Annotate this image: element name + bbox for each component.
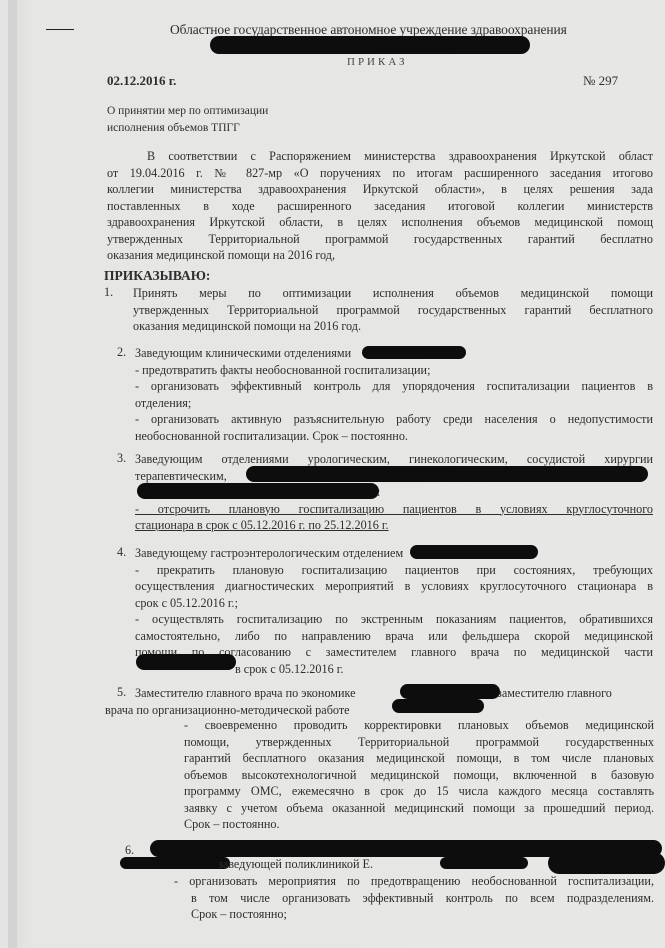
- item-line: - своевременно проводить корректировки п…: [184, 717, 654, 734]
- item-number: 5.: [117, 685, 126, 700]
- redaction: [400, 684, 500, 699]
- item-line: программу ОМС, ежемесячно в срок до 15 ч…: [184, 783, 654, 800]
- document-type: ПРИКАЗ: [347, 56, 408, 68]
- item-5-body: - своевременно проводить корректировки п…: [184, 717, 654, 833]
- redaction: [136, 654, 236, 670]
- item-line: объемов высокотехнологичной медицинской …: [184, 767, 654, 784]
- item-line: - осуществлять госпитализацию по экстрен…: [135, 611, 653, 628]
- item-line: стационара в срок с 05.12.2016 г. по 25.…: [135, 517, 653, 534]
- subject-line: исполнения объемов ТПГГ: [107, 120, 327, 137]
- redaction-org: [210, 36, 530, 54]
- item-line: гарантий бесплатного оказания медицинско…: [184, 750, 654, 767]
- document-subject: О принятии мер по оптимизации исполнения…: [107, 103, 327, 137]
- document-number: № 297: [583, 73, 618, 89]
- item-number: 6.: [125, 843, 134, 858]
- item-6-body: - организовать мероприятия по предотвращ…: [174, 873, 654, 923]
- item-line: - прекратить плановую госпитализацию пац…: [135, 562, 653, 579]
- item-1: Принять меры по оптимизации исполнения о…: [133, 285, 653, 335]
- item-number: 3.: [117, 451, 126, 466]
- redaction: [246, 466, 648, 482]
- item-line: помощи, утвержденных Территориальной про…: [184, 734, 654, 751]
- item-line: утвержденных Территориальной программой …: [133, 302, 653, 319]
- item-line: Заместителю главного врача по экономике …: [135, 685, 653, 702]
- redaction: [362, 346, 466, 359]
- item-line: осуществления диагностических мероприяти…: [135, 578, 653, 595]
- item-line: самостоятельно, либо по направлению врач…: [135, 628, 653, 645]
- preamble-line: утвержденных Территориальной программой …: [107, 231, 653, 248]
- item-line: срок с 05.12.2016 г.;: [135, 595, 653, 612]
- item-line: - отсрочить плановую госпитализацию паци…: [135, 501, 653, 518]
- preamble-line: В соответствии с Распоряжением министерс…: [107, 148, 653, 165]
- preamble-line: здравоохранения Иркутской области, в цел…: [107, 214, 653, 231]
- item-line: - организовать эффективный контроль для …: [135, 378, 653, 395]
- item-number: 4.: [117, 545, 126, 560]
- item-line: необоснованной госпитализации. Срок – по…: [135, 428, 653, 445]
- item-text: Заместителю главного врача по экономике: [135, 686, 356, 700]
- item-line: врача по организационно-методической раб…: [105, 702, 653, 719]
- redaction: [120, 857, 230, 869]
- item-line: оказания медицинской помощи на 2016 год.: [133, 318, 653, 335]
- redaction: [392, 699, 484, 713]
- item-line: - организовать активную разъяснительную …: [135, 411, 653, 428]
- item-line: отделения;: [135, 395, 653, 412]
- redaction: [440, 857, 528, 869]
- redaction: [410, 545, 538, 559]
- redaction: [548, 852, 665, 874]
- preamble-line: коллегии министерства здравоохранения Ир…: [107, 181, 653, 198]
- preamble: В соответствии с Распоряжением министерс…: [107, 148, 653, 264]
- margin-mark: [46, 29, 74, 30]
- item-number: 2.: [117, 345, 126, 360]
- item-line: Заведующему гастроэнтерологическим отдел…: [135, 545, 653, 562]
- item-line: Срок – постоянно;: [174, 906, 654, 923]
- item-number: 1.: [104, 285, 113, 300]
- item-line: Принять меры по оптимизации исполнения о…: [133, 285, 653, 302]
- order-heading: ПРИКАЗЫВАЮ:: [104, 268, 210, 284]
- item-line: заведующей поликлиникой Е.: [218, 857, 373, 872]
- item-line: заявку с учетом объема оказанной медицин…: [184, 800, 654, 817]
- item-line: в том числе организовать эффективный кон…: [174, 890, 654, 907]
- scan-edge: [8, 0, 17, 948]
- item-line: Срок – постоянно.: [184, 816, 654, 833]
- item-line: - предотвратить факты необоснованной гос…: [135, 362, 653, 379]
- document-date: 02.12.2016 г.: [107, 73, 176, 89]
- item-line: - организовать мероприятия по предотвращ…: [174, 873, 654, 890]
- preamble-line: поставленных в ходе расширенного заседан…: [107, 198, 653, 215]
- subject-line: О принятии мер по оптимизации: [107, 103, 327, 120]
- redaction: [137, 483, 379, 499]
- preamble-line: оказания медицинской помощи на 2016 год,: [107, 247, 653, 264]
- item-text: заместителю главного: [497, 685, 612, 702]
- item-2: Заведующим клиническими отделениями - пр…: [135, 345, 653, 444]
- preamble-line: от 19.04.2016 г. № 827-мр «О поручениях …: [107, 165, 653, 182]
